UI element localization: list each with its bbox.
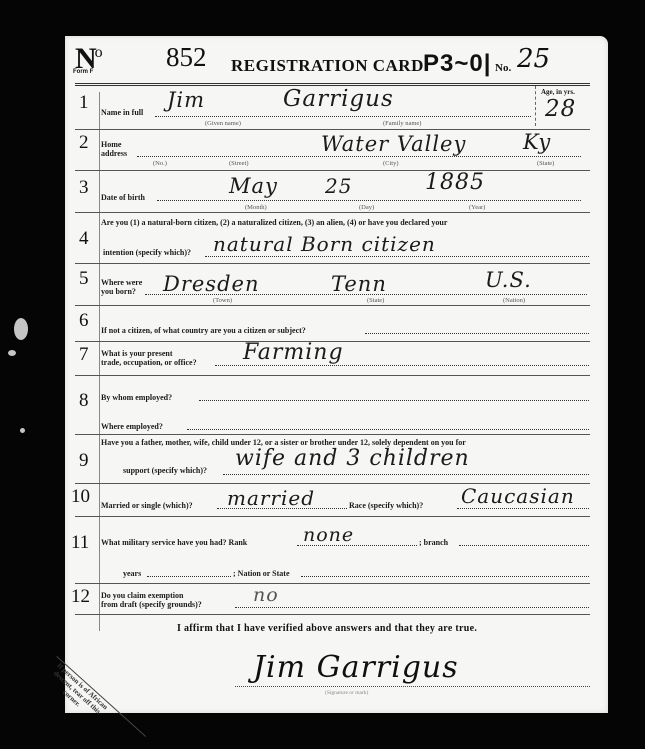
dependents-value: wife and 3 children [235,446,470,471]
row-divider [75,434,590,435]
occupation-value: Farming [243,340,344,365]
row-number-6: 6 [79,310,89,332]
serial-number: 852 [166,42,207,73]
row-number-1: 1 [79,92,89,114]
scan-artifact [8,350,16,356]
occupation-line [215,365,589,366]
employer-label: By whom employed? [101,393,172,402]
city-value: Water Valley [321,132,466,156]
date-of-birth-label: Date of birth [101,193,145,202]
citizenship-value: natural Born citizen [213,232,436,256]
marital-status-value: married [227,486,315,510]
row-number-11: 11 [71,532,89,554]
birth-day-value: 25 [325,174,352,198]
registration-card: No Form F 852 REGISTRATION CARD P3~0| No… [65,36,608,713]
row-number-divider [99,92,100,631]
signature-sublabel: (Signature or mark) [325,690,368,696]
card-header: No Form F 852 REGISTRATION CARD P3~0| No… [65,36,608,88]
address-city-sublabel: (City) [383,160,399,167]
family-name-sublabel: (Family name) [383,120,421,127]
row-divider [75,212,590,213]
military-service-label: What military service have you had? Rank [101,538,247,547]
exemption-label: Do you claim exemptionfrom draft (specif… [101,591,202,609]
row-number-12: 12 [71,586,90,608]
address-no-sublabel: (No.) [153,160,167,167]
month-sublabel: (Month) [245,204,267,211]
card-title: REGISTRATION CARD [231,56,424,76]
marital-status-label: Married or single (which)? [101,501,193,510]
row-divider [75,583,590,584]
race-line [457,508,589,509]
row-divider [75,614,590,615]
row-number-4: 4 [79,228,89,250]
age-value: 28 [545,96,576,122]
day-sublabel: (Day) [359,204,374,211]
exemption-line [235,607,589,608]
citizenship-label: intention (specify which)? [103,248,191,257]
row-number-9: 9 [79,450,89,472]
address-state-sublabel: (State) [537,160,554,167]
exemption-value: no [253,584,279,606]
name-label: Name in full [101,108,143,117]
branch-label: ; branch [419,538,448,547]
rank-value: none [303,524,354,546]
nation-state-label: ; Nation or State [233,569,290,578]
given-name-value: Jim [167,88,205,112]
birth-state-value: Tenn [331,272,387,296]
birth-nation-value: U.S. [485,268,532,292]
tear-off-corner-note: If person is of African descent, tear of… [43,660,111,725]
affirmation-text: I affirm that I have verified above answ… [177,623,477,634]
row-divider [75,305,590,306]
foreign-citizenship-line [365,333,589,334]
signature: Jim Garrigus [253,650,459,685]
address-line [137,156,581,157]
stamped-number: P3~0| [423,50,491,78]
row-divider [75,129,590,130]
age-divider [535,86,536,126]
employment-place-label: Where employed? [101,422,163,431]
row-number-3: 3 [79,177,89,199]
citizenship-line [205,256,589,257]
birthplace-label: Where wereyou born? [101,278,142,296]
age-label: Age, in yrs. [541,88,575,96]
row-number-7: 7 [79,344,89,366]
row-number-8: 8 [79,390,89,412]
town-sublabel: (Town) [213,297,232,304]
nation-state-line [301,576,589,577]
row-divider [75,170,590,171]
row-divider [75,263,590,264]
state-sublabel: (State) [367,297,384,304]
row-divider [75,516,590,517]
name-line [155,116,531,117]
row-number-10: 10 [71,486,90,508]
occupation-label: What is your presenttrade, occupation, o… [101,349,197,367]
employment-place-line [187,429,589,430]
birth-year-value: 1885 [425,170,485,195]
years-line [147,576,231,577]
dependents-line [223,474,589,475]
given-name-sublabel: (Given name) [205,120,241,127]
state-value: Ky [523,130,551,154]
home-address-label: Homeaddress [101,140,127,158]
branch-line [459,545,589,546]
birth-town-value: Dresden [163,272,259,296]
race-value: Caucasian [461,484,575,508]
order-number-label: No. [495,62,511,74]
form-label: Form F [73,69,93,75]
foreign-citizenship-label: If not a citizen, of what country are yo… [101,326,306,335]
row-number-2: 2 [79,132,89,154]
year-sublabel: (Year) [469,204,485,211]
birth-month-value: May [229,174,278,198]
signature-line [235,686,590,687]
race-label: Race (specify which)? [349,501,423,510]
years-label: years [123,569,141,578]
order-number-value: 25 [517,44,550,74]
employer-line [199,400,589,401]
family-name-value: Garrigus [283,86,394,112]
nation-sublabel: (Nation) [503,297,525,304]
address-street-sublabel: (Street) [229,160,249,167]
scan-artifact [20,428,25,433]
citizenship-question: Are you (1) a natural-born citizen, (2) … [101,218,447,227]
row-divider [75,375,590,376]
dependents-label: support (specify which)? [123,466,207,475]
scan-artifact [14,318,28,340]
dob-line [157,200,581,201]
row-number-5: 5 [79,268,89,290]
